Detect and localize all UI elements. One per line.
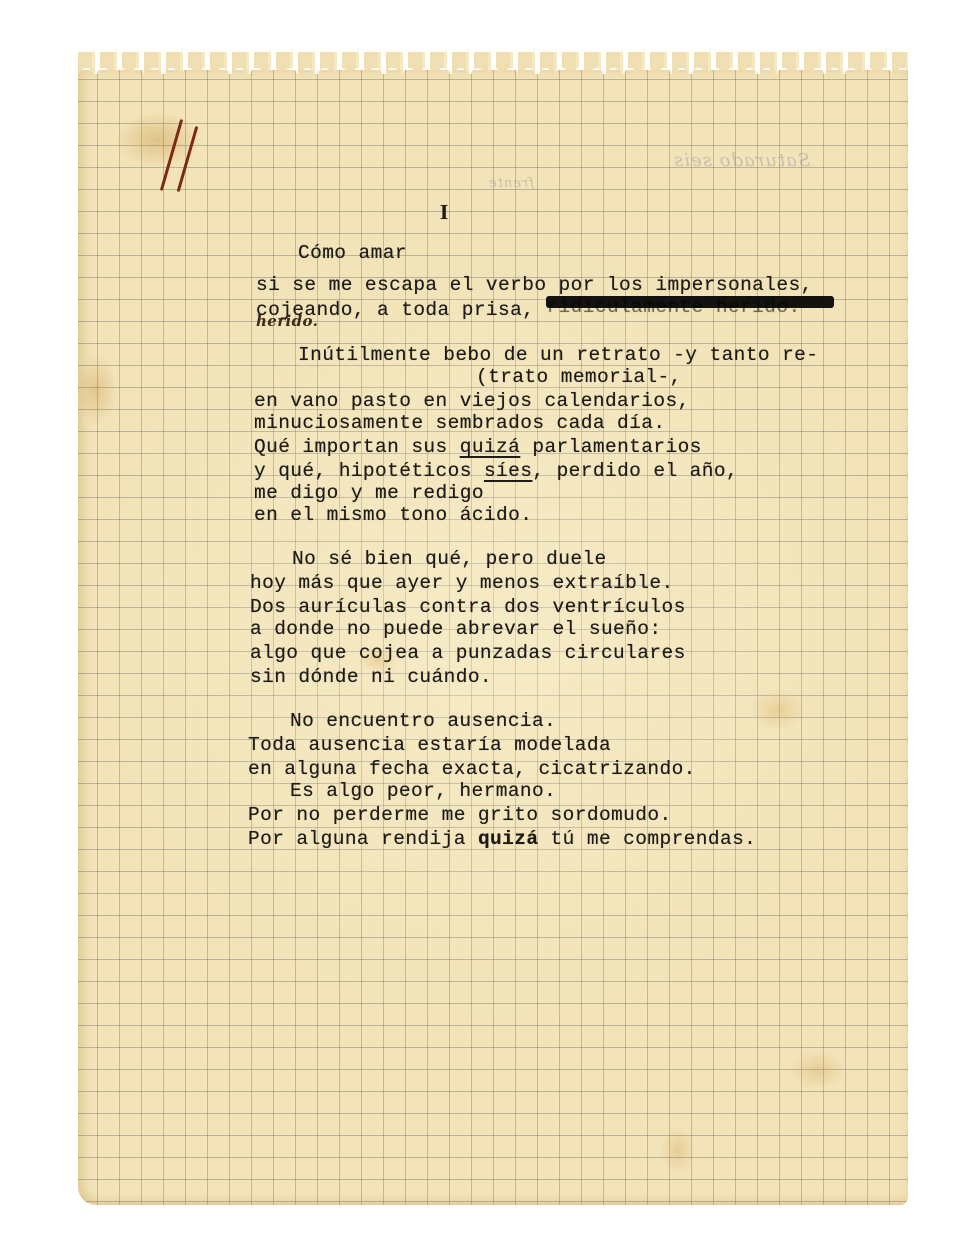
poem-line: Cómo amar: [298, 242, 407, 264]
poem-line: Por no perderme me grito sordomudo.: [248, 804, 672, 826]
poem-line: y qué, hipotéticos síes, perdido el año,: [254, 460, 738, 482]
poem-line-text: parlamentarios: [520, 436, 702, 458]
margin-mark-stroke: [177, 126, 199, 192]
pencil-bleed-through: frente: [488, 176, 534, 191]
poem-line: en alguna fecha exacta, cicatrizando.: [248, 758, 696, 780]
poem-line-text: y qué, hipotéticos: [254, 460, 484, 482]
overtyped-word: quizá: [478, 828, 539, 850]
poem-line: Dos aurículas contra dos ventrículos: [250, 596, 686, 618]
poem-line: Es algo peor, hermano.: [290, 780, 556, 802]
poem-line: hoy más que ayer y menos extraíble.: [250, 572, 674, 594]
poem-line: minuciosamente sembrados cada día.: [254, 412, 665, 434]
poem-line: No sé bien qué, pero duele: [292, 548, 607, 570]
poem-line: en el mismo tono ácido.: [254, 504, 532, 526]
section-number: I: [440, 200, 449, 225]
poem-line: sin dónde ni cuándo.: [250, 666, 492, 688]
poem-line: Por alguna rendija quizá tú me comprenda…: [248, 828, 756, 850]
struck-out-text: ridículamente herido.: [546, 296, 834, 308]
poem-line-text: Qué importan sus: [254, 436, 460, 458]
poem-line: Toda ausencia estaría modelada: [248, 734, 611, 756]
underlined-word: síes: [484, 460, 532, 482]
torn-perforated-edge: [78, 52, 908, 74]
poem-line: en vano pasto en viejos calendarios,: [254, 390, 690, 412]
poem-line: algo que cojea a punzadas circulares: [250, 642, 686, 664]
poem-line: si se me escapa el verbo por los imperso…: [256, 274, 813, 296]
poem-line: No encuentro ausencia.: [290, 710, 556, 732]
poem-line: a donde no puede abrevar el sueño:: [250, 618, 661, 640]
poem-line: (trato memorial-,: [476, 366, 682, 388]
poem-line-text: tú me comprendas.: [538, 828, 756, 850]
pencil-bleed-through: Saturado seis: [673, 150, 810, 171]
poem-line-text: , perdido el año,: [532, 460, 738, 482]
poem-line: Inútilmente bebo de un retrato -y tanto …: [298, 344, 818, 366]
graph-paper-page: Saturado seis frente I Cómo amar si se m…: [78, 70, 908, 1205]
poem-line: Qué importan sus quizá parlamentarios: [254, 436, 702, 458]
underlined-word: quizá: [460, 436, 521, 458]
poem-line-text: Por alguna rendija: [248, 828, 478, 850]
handwritten-correction: herido.: [256, 312, 318, 330]
poem-line: me digo y me redigo: [254, 482, 484, 504]
poem-line: cojeando, a toda prisa, ridículamente he…: [256, 296, 834, 321]
